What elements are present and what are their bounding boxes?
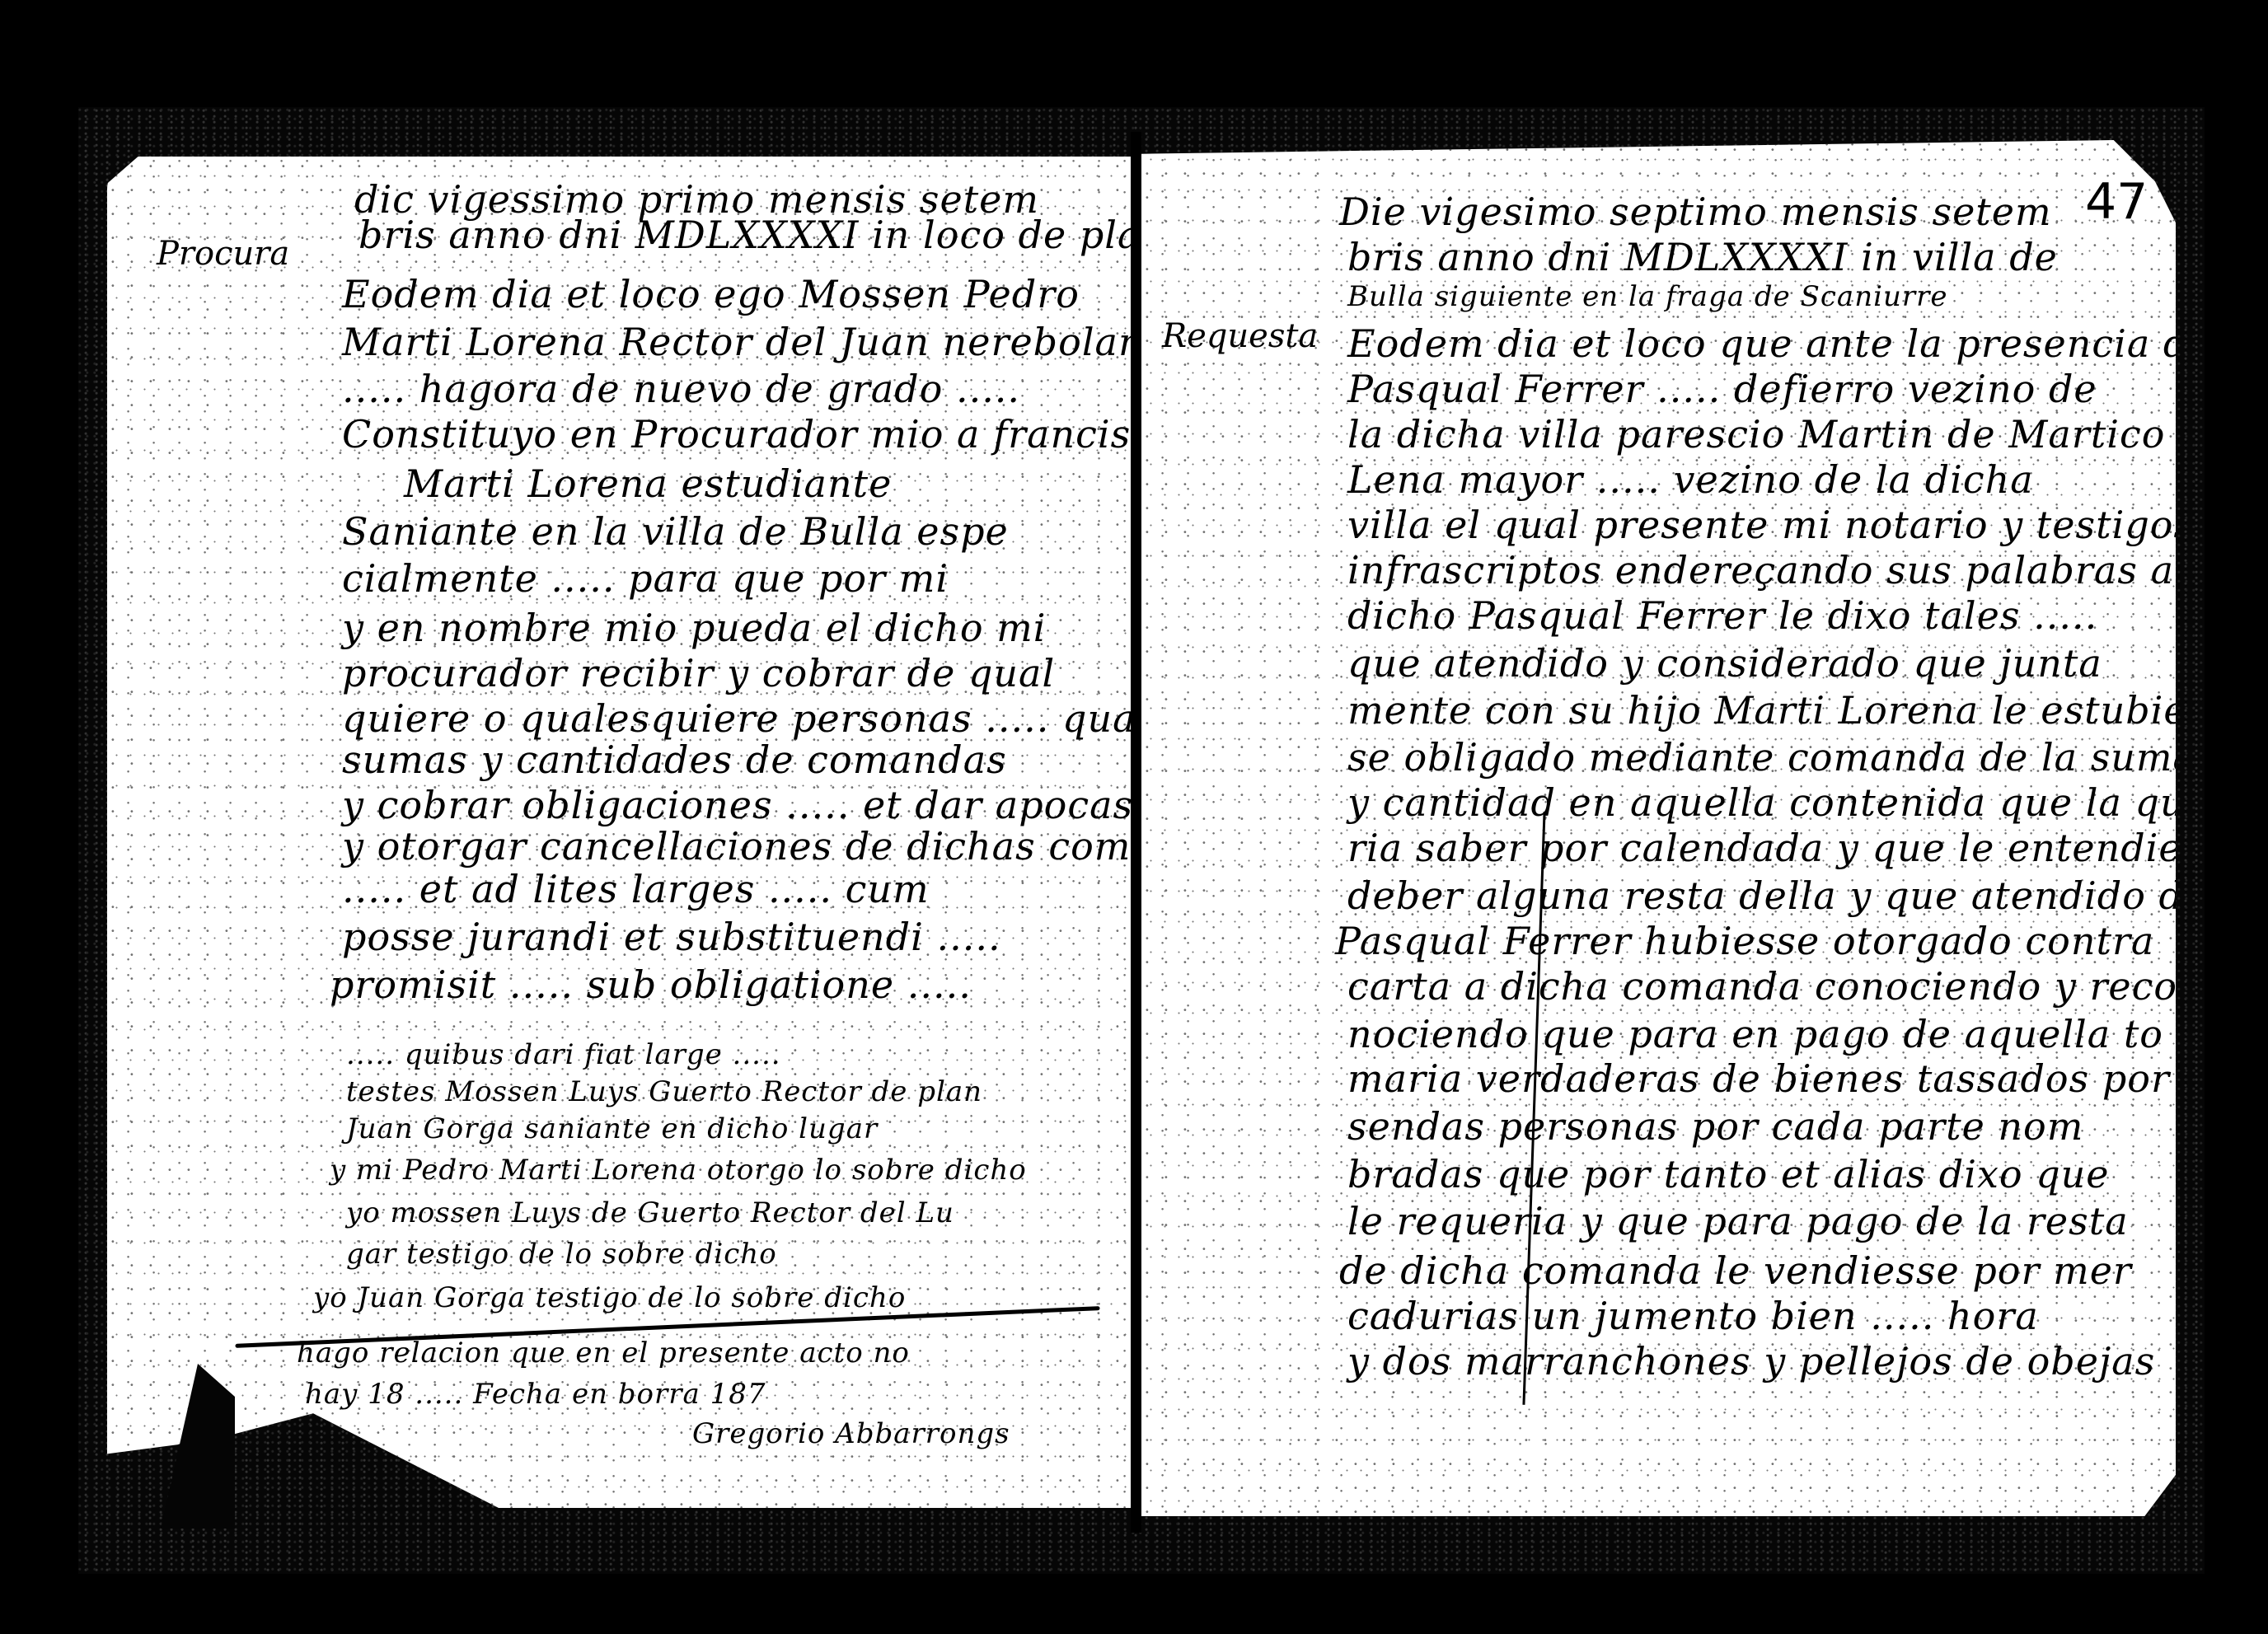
manuscript-line: Pasqual Ferrer ..... defierro vezino de bbox=[1347, 367, 2097, 411]
manuscript-line: Die vigesimo septimo mensis setem bbox=[1339, 190, 2052, 234]
right-page: 47 Requesta Die vigesimo septimo mensis … bbox=[1141, 140, 2176, 1516]
manuscript-line: Marti Lorena Rector del Juan nerebolando bbox=[342, 320, 1137, 364]
manuscript-line: Bulla siguiente en la fraga de Scaniurre bbox=[1347, 280, 1948, 313]
manuscript-line: mente con su hijo Marti Lorena le estubi… bbox=[1347, 688, 2176, 733]
manuscript-line: le requeria y que para pago de la resta bbox=[1347, 1199, 2129, 1243]
manuscript-line: procurador recibir y cobrar de qual bbox=[342, 651, 1055, 695]
margin-note-procura: Procura bbox=[157, 235, 289, 273]
closing-line: hay 18 ..... Fecha en borra 187 bbox=[305, 1378, 766, 1411]
witness-line: yo Juan Gorga testigo de lo sobre dicho bbox=[313, 1281, 906, 1314]
witness-line: yo mossen Luys de Guerto Rector del Lu bbox=[346, 1196, 954, 1229]
witness-line: testes Mossen Luys Guerto Rector de plan bbox=[346, 1075, 982, 1108]
manuscript-line: bris anno dni MDLXXXXI in villa de bbox=[1347, 235, 2058, 279]
manuscript-line: posse jurandi et substituendi ..... bbox=[342, 915, 1001, 959]
manuscript-line: y otorgar cancellaciones de dichas coman… bbox=[342, 824, 1137, 869]
manuscript-line: Pasqual Ferrer hubiesse otorgado contra bbox=[1335, 919, 2154, 963]
manuscript-line: la dicha villa parescio Martin de Martic… bbox=[1347, 412, 2165, 456]
manuscript-line: Marti Lorena estudiante bbox=[404, 461, 892, 506]
witness-line: Juan Gorga saniante en dicho lugar bbox=[346, 1112, 878, 1145]
manuscript-line: y cobrar obligaciones ..... et dar apoca… bbox=[342, 783, 1133, 827]
manuscript-line: sendas personas por cada parte nom bbox=[1347, 1104, 2083, 1149]
margin-note-requesta: Requesta bbox=[1162, 317, 1318, 355]
manuscript-line: nociendo que para en pago de aquella to bbox=[1347, 1012, 2163, 1056]
manuscript-line: promisit ..... sub obligatione ..... bbox=[330, 962, 972, 1007]
witness-line: y mi Pedro Marti Lorena otorgo lo sobre … bbox=[330, 1154, 1027, 1187]
witness-line: ..... quibus dari fiat large ..... bbox=[346, 1038, 781, 1071]
manuscript-line: Lena mayor ..... vezino de la dicha bbox=[1347, 457, 2034, 502]
manuscript-line: ..... hagora de nuevo de grado ..... bbox=[342, 367, 1020, 411]
manuscript-line: que atendido y considerado que junta bbox=[1347, 641, 2102, 686]
manuscript-line: se obligado mediante comanda de la suma bbox=[1347, 735, 2176, 780]
manuscript-line: dicho Pasqual Ferrer le dixo tales ..... bbox=[1347, 593, 2097, 638]
notary-signature: Gregorio Abbarrongs bbox=[692, 1417, 1010, 1450]
manuscript-line: quiere o qualesquiere personas ..... qua… bbox=[342, 696, 1137, 741]
manuscript-line: de dicha comanda le vendiesse por mer bbox=[1339, 1248, 2132, 1293]
manuscript-line: deber alguna resta della y que atendido … bbox=[1347, 873, 2176, 918]
book-gutter bbox=[1131, 132, 1141, 1533]
witness-line: gar testigo de lo sobre dicho bbox=[346, 1238, 777, 1271]
manuscript-line: y cantidad en aquella contenida que la q… bbox=[1347, 780, 2176, 825]
manuscript-line: Eodem dia et loco que ante la presencia … bbox=[1347, 321, 2176, 366]
manuscript-line: maria verdaderas de bienes tassados por bbox=[1347, 1056, 2170, 1101]
folio-number: 47 bbox=[2085, 173, 2148, 231]
manuscript-line: y dos marranchones y pellejos de obejas bbox=[1347, 1339, 2155, 1384]
manuscript-line: ria saber por calendada y que le entendi… bbox=[1347, 826, 2176, 870]
manuscript-line: y en nombre mio pueda el dicho mi bbox=[342, 606, 1047, 650]
manuscript-line: infrascriptos endereçando sus palabras a… bbox=[1347, 548, 2176, 592]
manuscript-line: cadurias un jumento bien ..... hora bbox=[1347, 1294, 2039, 1338]
manuscript-line: sumas y cantidades de comandas bbox=[342, 737, 1007, 782]
manuscript-line: carta a dicha comanda conociendo y reco bbox=[1347, 964, 2176, 1009]
manuscript-line: Constituyo en Procurador mio a francisco bbox=[342, 412, 1137, 456]
left-page: Procura dic vigessimo primo mensis setem… bbox=[107, 157, 1137, 1508]
manuscript-line: ..... et ad lites larges ..... cum bbox=[342, 867, 930, 911]
manuscript-line: cialmente ..... para que por mi bbox=[342, 556, 949, 601]
manuscript-line: Eodem dia et loco ego Mossen Pedro bbox=[342, 272, 1080, 316]
manuscript-line: bradas que por tanto et alias dixo que bbox=[1347, 1152, 2110, 1196]
manuscript-line: Saniante en la villa de Bulla espe bbox=[342, 509, 1009, 554]
closing-line: hago relacion que en el presente acto no bbox=[297, 1337, 910, 1369]
manuscript-line: bris anno dni MDLXXXXI in loco de plan bbox=[358, 213, 1137, 257]
manuscript-line: villa el qual presente mi notario y test… bbox=[1347, 503, 2176, 547]
